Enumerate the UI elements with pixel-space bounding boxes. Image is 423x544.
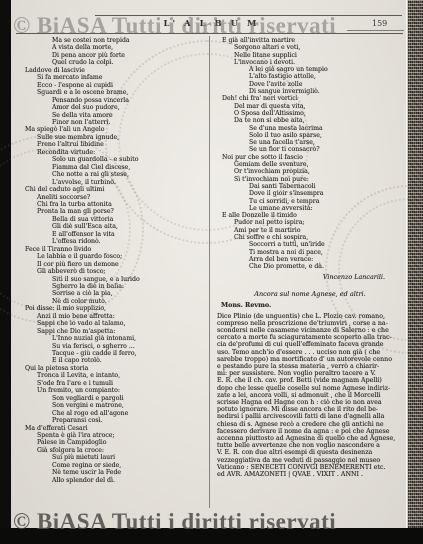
article-line: facessero derivare il nome da agna : e p… [217, 428, 403, 435]
poem-line: Dai santi Tabernacoli [249, 183, 403, 190]
poem-line: Son vegliardi e pargoli [52, 395, 208, 402]
poem-line: Se d'una mesta lacrima [249, 125, 403, 132]
header-rule-top [95, 15, 402, 16]
poem-line: Fece il Tiranno livido [25, 246, 208, 253]
poem-line: Ma spiegò l'ali un Angelo [25, 126, 208, 133]
poem-line: Chi fra la turba attonita [37, 201, 208, 208]
poem-line: Sitì il suo sangue, e a lurido [52, 276, 208, 283]
article-line: cercato a morte fu sciaguratamente scope… [217, 334, 403, 341]
poem-line: Chi del caduto agli ultimi [25, 186, 208, 193]
poem-line: Dove il gioir s'insempra [249, 190, 403, 197]
poem-line: Deh! chi fra' neri vortici [222, 95, 403, 102]
poem-line: L'avvolse, il turbinò. [52, 179, 208, 186]
poem-line: Solo il tuo asilo sparse, [249, 132, 403, 139]
poem-line: Gemiam delle sventure, [234, 161, 403, 168]
poem-line: O Sposa dell'Altissimo, [234, 110, 403, 117]
article-body: Dice Plinio (de unguentis) che L. Plozio… [217, 313, 403, 479]
poem-line: Tu ci sorridi, e tempra [249, 198, 403, 205]
article-line: Vaticano : SENECETI CONIVGI BENEMERENTI … [217, 464, 403, 471]
article-line: chiesa di s. Agnese recò a credere che g… [217, 421, 403, 428]
poem-left-column: Ma se costei non trepidaA vista della mo… [20, 37, 208, 484]
poem-line: Che notte a rai gli stese, [52, 171, 208, 178]
poem-line: Su via ferisci, o sgherro ... [52, 343, 208, 350]
article-line: sarebbe troppo) ma mortificato d' un aut… [217, 356, 403, 363]
poem-line: Amor del suo pudore, [52, 104, 208, 111]
article-line: ed AVR. AMAZONETI | QVAE . VIXIT . ANNI … [217, 471, 403, 478]
poem-line: L'alto fastigio attolle, [249, 73, 403, 80]
poem-line: Gli diè sull'Esca aita, [52, 223, 208, 230]
poem-line: E già all'invitta martire [222, 37, 403, 44]
poem-author-signature: Vincenzo Lancarili. [217, 273, 385, 281]
poem-line: E il capo rotolò. [52, 357, 208, 364]
poem-line: Il cor più fiero un demone [37, 261, 208, 268]
right-column: E già all'invitta martireSorgono altari … [217, 37, 403, 478]
poem-line: Noi pur che sotto il fascio [222, 154, 403, 161]
poem-line: Allo splendor del dì. [52, 477, 208, 484]
poem-line: Sguardi e a le oscene brame, [37, 89, 208, 96]
bottom-scan-band [0, 528, 423, 544]
poem-line: Spenta è già l'ira atroce; [37, 432, 208, 439]
poem-line: Sì t'invochiam noi pure: [234, 176, 403, 183]
article-line: dopo che lesse quelle coselle sul nome A… [217, 385, 403, 392]
poem-line: Aneliti soccorse? [37, 194, 208, 201]
binding-shadow-bar [0, 0, 11, 544]
poem-line: Qui la pietosa storia [25, 365, 208, 372]
poem-line: Anzi il mio bene affretta: [37, 313, 208, 320]
poem-line: Si fa mercato infame [37, 74, 208, 81]
page-number-rule [347, 30, 404, 31]
article-line: scrisse Hagna ed Hagne con h : ciò che i… [217, 399, 403, 406]
poem-line: Pudor nel petto ispira; [234, 219, 403, 226]
poem-line: Nè di color mutò. [52, 298, 208, 305]
poem-line: Son vergini e matrone, [52, 402, 208, 409]
article-line: uso. Temo anch'io d'essere . . . ucciso … [217, 349, 403, 356]
poem-line: Palese in Campidoglio [37, 439, 208, 446]
article-line: accenna piuttosto ad Agnesina di quello … [217, 435, 403, 442]
poem-line: Fiamma dal Ciel discese, [52, 164, 208, 171]
article-line: compreso nella proscrizione de'triumviri… [217, 320, 403, 327]
poem-line: Poi disse: il mio supplizio, [25, 305, 208, 312]
poem-line: Chi soffre e chi sospira, [234, 234, 403, 241]
article-heading: Ancora sul nome Agnese, ed altri. [217, 290, 403, 298]
poem-line: Se della vita amore [52, 112, 208, 119]
article-line: cia de'profumi di cui quell'effeminato f… [217, 341, 403, 348]
poem-line: Ti mostra a noi di pace, [249, 249, 403, 256]
poem-line: Ami per te il martirio [234, 227, 403, 234]
poem-line: Ma d'efferati Cesari [25, 425, 208, 432]
poem-line: Quel crudo la colpì. [52, 59, 208, 66]
poem-line: A lei già sagro un tempio [249, 66, 403, 73]
left-column: Ma se costei non trepidaA vista della mo… [20, 37, 208, 484]
page-number: 159 [372, 19, 387, 28]
article-line: nedirsi i pallii arcivescovili fatti di … [217, 413, 403, 420]
article-line: Dice Plinio (de unguentis) che L. Plozio… [217, 313, 403, 320]
poem-line: S'ode fra l'are e i tumuli [37, 380, 208, 387]
poem-line: Recondita virtude: [37, 149, 208, 156]
poem-right-column: E già all'invitta martireSorgono altari … [217, 37, 403, 271]
poem-line: L'Inno nuzial già intonami, [52, 335, 208, 342]
poem-line: Pensando possa vincerla [52, 97, 208, 104]
poem-line: Nelle litane supplici [234, 52, 403, 59]
poem-line: Pronta la man gli porse? [37, 208, 208, 215]
poem-line: Che Dio promette, e dà. [249, 263, 403, 270]
article-line: potuto ignorare. Mi disse ancora che il … [217, 406, 403, 413]
poem-line: Tronca il Levita, e intanto, [37, 372, 208, 379]
poem-line: Un fremito, un compianto: [37, 387, 208, 394]
poem-line: Freno l'altrui libidine [37, 141, 208, 148]
poem-line: Da te non si ebbe aita, [234, 117, 403, 124]
book-edge-texture [407, 0, 423, 544]
poem-line: Che al rogo ed all'agone [52, 410, 208, 417]
poem-line: Le labbia e il guardo fosco; [37, 253, 208, 260]
poem-line: Sulle sue membra ignude, [37, 134, 208, 141]
poem-line: Ma se costei non trepida [52, 37, 208, 44]
poem-line: A vista della morte, [52, 44, 208, 51]
poem-line: Or t'invochiam propizia, [234, 168, 403, 175]
poem-line: Solo un guardolla - e subito [52, 156, 208, 163]
header-rule-bottom [16, 33, 403, 34]
article-line: V. E. R. con due altri esempi di questa … [217, 449, 403, 456]
poem-line: Di sangue invermigliò. [249, 88, 403, 95]
poem-line: E alle Donzelle il timido [222, 212, 403, 219]
poem-line: Sorrise a ciò la pia, [52, 290, 208, 297]
article-line: zate a lei, ancora volli, si admonuit , … [217, 392, 403, 399]
poem-line: Laddove di lascivie [25, 67, 208, 74]
column-divider [209, 36, 210, 508]
poem-line: Sappi che io vado al talamo, [37, 320, 208, 327]
poem-line: Le umane avversità: [249, 205, 403, 212]
poem-line: L'offesa ridonò. [52, 238, 208, 245]
poem-line: Ecco - l'espone ai cupidi [37, 82, 208, 89]
article-line: E. R. che il ch. cav. prof. Betti (vide … [217, 377, 403, 384]
scanned-page: © BiASA Tutti i diritti riservati © BiAS… [0, 0, 423, 544]
poem-line: Sui più mietuti lauri [52, 454, 208, 461]
poem-line: Gli abbeverò di tosco; [37, 268, 208, 275]
poem-line: Dove l'avite zolle [249, 81, 403, 88]
journal-title: L' A L B U M [0, 19, 423, 29]
article-line: vezzeggiativa da me veduti di passaggio … [217, 457, 403, 464]
article-salutation: Mons. Revmo. [221, 301, 403, 309]
poem-line: Soccorri a tutti, un'iride [249, 241, 403, 248]
poem-line: Sappi che Dio m'aspetta: [37, 328, 208, 335]
article-line: scondersi nelle casamene vicinanze di Sa… [217, 327, 403, 334]
poem-line: Se un fior ti consacrò? [249, 146, 403, 153]
article-line: tutte belle avvertenze che non voglio na… [217, 442, 403, 449]
poem-line: Preparansi così. [52, 417, 208, 424]
poem-line: Nè teme uscir la Fede [52, 469, 208, 476]
poem-line: Del mar di questa vita, [234, 103, 403, 110]
article-line: e pestando pure la stessa materia , verr… [217, 363, 403, 370]
poem-line: Sorgono altari e voti, [234, 44, 403, 51]
